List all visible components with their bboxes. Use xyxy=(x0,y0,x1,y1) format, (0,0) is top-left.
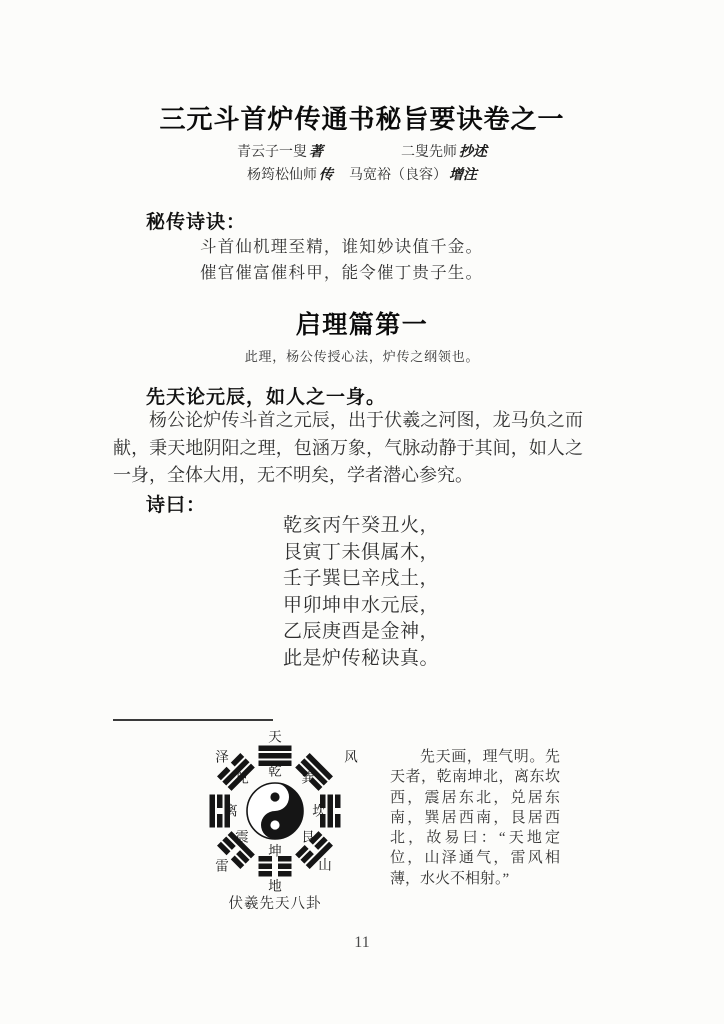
bagua-label-wind: 风 xyxy=(344,750,358,765)
byline-role: 增注 xyxy=(449,168,477,183)
page-number: 11 xyxy=(0,934,724,952)
bagua-label-kun: 坤 xyxy=(268,843,282,859)
bagua-label-thunder: 雷 xyxy=(215,859,229,874)
poem-line: 乙辰庚酉是金神， xyxy=(283,619,439,646)
secret-verse-line: 催官催富催科甲，能令催丁贵子生。 xyxy=(200,259,483,283)
chapter-note: 此理，杨公传授心法，炉传之纲领也。 xyxy=(0,346,724,365)
bagua-label-xun: 巽 xyxy=(301,771,315,786)
section-paragraph: 杨公论炉传斗首之元辰，出于伏羲之河图，龙马负之而献，秉天地阴阳之理，包涵万象，气… xyxy=(113,407,583,490)
trigram-kun-icon xyxy=(259,856,292,877)
secret-verse-heading: 秘传诗诀： xyxy=(146,207,246,234)
byline-1: 青云子一叟著 二叟先师抄述 xyxy=(0,141,724,161)
poem-block: 乾亥丙午癸丑火， 艮寅丁未俱属木， 壬子巽巳辛戌土， 甲卯坤申水元辰， 乙辰庚酉… xyxy=(283,513,439,672)
bagua-label-mountain: 山 xyxy=(318,858,332,873)
byline-author: 马宽裕（良容） xyxy=(349,168,447,183)
bagua-label-kan: 坎 xyxy=(312,804,326,819)
byline-role: 抄述 xyxy=(459,145,487,160)
poem-line: 壬子巽巳辛戌土， xyxy=(283,566,439,593)
byline-author: 二叟先师 xyxy=(401,145,457,160)
poem-line: 乾亥丙午癸丑火， xyxy=(283,513,439,540)
poem-line: 此是炉传秘诀真。 xyxy=(283,646,439,673)
secret-verse-line: 斗首仙机理至精，谁知妙诀值千金。 xyxy=(200,233,483,257)
byline-role: 传 xyxy=(319,168,333,183)
poem-line: 甲卯坤申水元辰， xyxy=(283,593,439,620)
figure-note: 先天画，理气明。先天者，乾南坤北，离东坎西，震居东北，兑居东南，巽居西南，艮居西… xyxy=(390,747,560,889)
byline-group: 青云子一叟著 xyxy=(237,141,323,161)
bagua-diagram: 天 乾 风 巽 坎 山 艮 坤 地 雷 震 离 泽 兑 xyxy=(175,711,375,911)
bagua-label-zhen: 震 xyxy=(235,830,249,845)
poem-line: 艮寅丁未俱属木， xyxy=(283,540,439,567)
chapter-title: 启理篇第一 xyxy=(0,305,724,341)
yin-yang-icon xyxy=(247,783,303,839)
byline-author: 杨筠松仙师 xyxy=(247,168,317,183)
bagua-label-marsh: 泽 xyxy=(215,750,229,765)
bagua-label-gen: 艮 xyxy=(301,830,315,845)
bagua-label-dui: 兑 xyxy=(235,770,249,786)
byline-group: 马宽裕（良容）增注 xyxy=(349,164,477,184)
scanned-book-page: 三元斗首炉传通书秘旨要诀卷之一 青云子一叟著 二叟先师抄述 杨筠松仙师传 马宽裕… xyxy=(0,0,724,1024)
byline-2: 杨筠松仙师传 马宽裕（良容）增注 xyxy=(0,164,724,184)
byline-group: 杨筠松仙师传 xyxy=(247,164,333,184)
section-heading: 先天论元辰，如人之一身。 xyxy=(146,382,386,409)
byline-group: 二叟先师抄述 xyxy=(401,141,487,161)
byline-role: 著 xyxy=(309,145,323,160)
poem-label: 诗曰： xyxy=(146,490,206,517)
page-title: 三元斗首炉传通书秘旨要诀卷之一 xyxy=(0,99,724,136)
figure-caption: 伏羲先天八卦 xyxy=(175,892,375,913)
byline-author: 青云子一叟 xyxy=(237,145,307,160)
bagua-label-li: 离 xyxy=(224,804,238,819)
bagua-label-heaven: 天 xyxy=(268,730,282,745)
bagua-label-qian: 乾 xyxy=(268,763,282,779)
